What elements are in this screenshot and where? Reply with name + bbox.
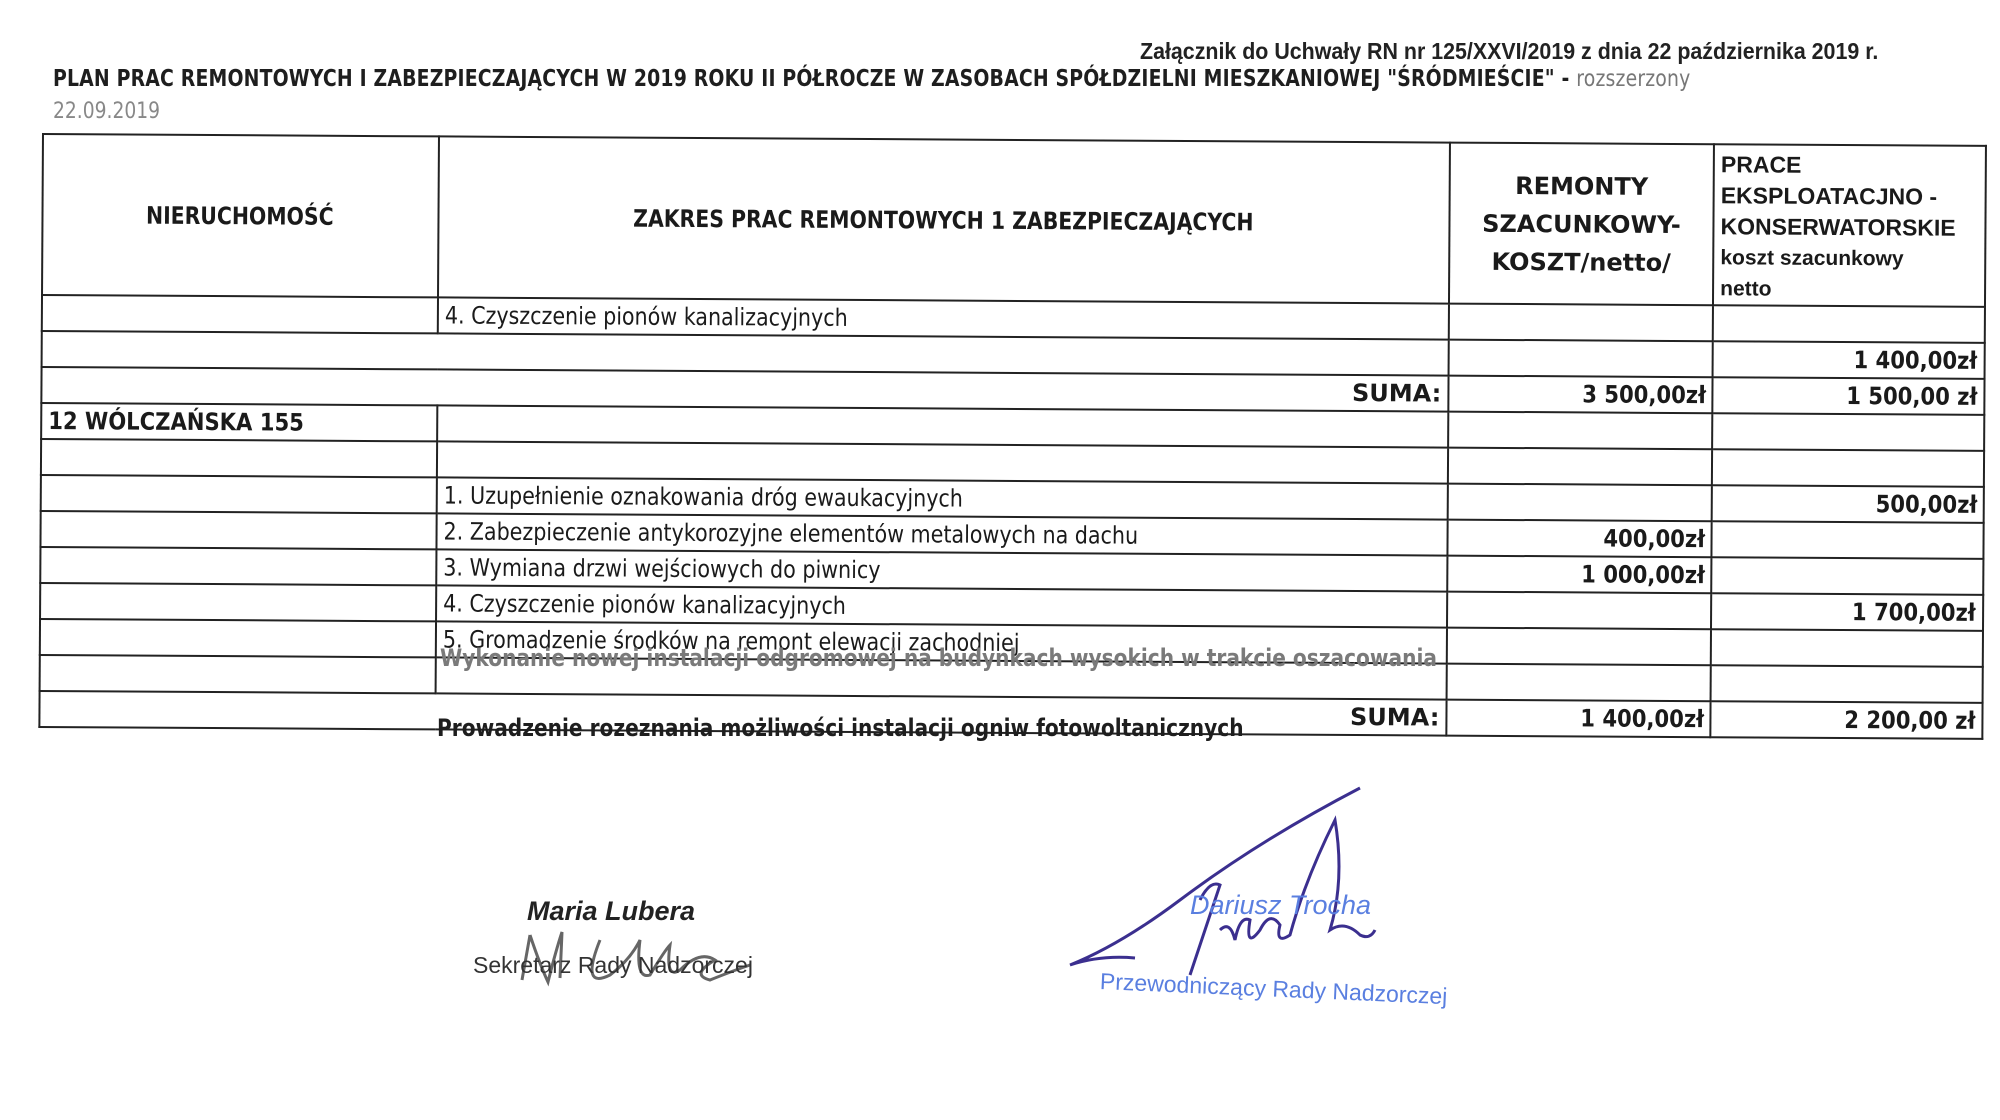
header-repairs: REMONTY SZACUNKOWY- KOSZT/netto/ xyxy=(1449,143,1714,306)
signatory-left-name: Maria Lubera xyxy=(527,896,695,927)
cell-property xyxy=(40,547,436,585)
header-scope: ZAKRES PRAC REMONTOWYCH 1 ZABEZPIECZAJĄC… xyxy=(438,136,1450,303)
cell-repairs xyxy=(1448,412,1712,450)
note-photovoltaic: Prowadzenie rozeznania możliwości instal… xyxy=(437,714,1244,742)
cell-repairs xyxy=(1448,484,1712,522)
cell-task xyxy=(436,441,1448,483)
cell-maintenance xyxy=(1712,521,1984,559)
cell-property xyxy=(40,619,436,657)
cell-maintenance xyxy=(1713,305,1985,343)
signatory-right-role: Przewodniczący Rady Nadzorczej xyxy=(1099,968,1448,1010)
header-property: NIERUCHOMOŚĆ xyxy=(42,134,439,297)
cell-maintenance xyxy=(1712,449,1984,487)
cell-property xyxy=(42,295,438,333)
cell-repairs xyxy=(1446,664,1710,702)
cell-task: 1. Uzupełnienie oznakowania dróg ewaukac… xyxy=(436,477,1448,519)
cell-maintenance: 500,00zł xyxy=(1712,485,1984,523)
cell-property xyxy=(41,475,437,513)
cell-repairs xyxy=(1447,592,1711,630)
cell-maintenance xyxy=(1711,665,1983,703)
cell-repairs xyxy=(1448,340,1712,378)
cell-property: 12 WÓLCZAŃSKA 155 xyxy=(41,403,437,441)
cell-repairs xyxy=(1449,304,1713,342)
table-header-row: NIERUCHOMOŚĆ ZAKRES PRAC REMONTOWYCH 1 Z… xyxy=(42,134,1986,307)
sum-maintenance: 2 200,00 zł xyxy=(1710,701,1982,739)
document-title: PLAN PRAC REMONTOWYCH I ZABEZPIECZAJĄCYC… xyxy=(53,66,1690,92)
cell-task: 3. Wymiana drzwi wejściowych do piwnicy xyxy=(436,549,1448,591)
cell-task: 4. Czyszczenie pionów kanalizacyjnych xyxy=(436,585,1448,627)
cell-repairs: 1 000,00zł xyxy=(1447,556,1711,594)
sum-repairs: 3 500,00zł xyxy=(1448,376,1712,414)
sum-maintenance: 1 500,00 zł xyxy=(1712,377,1984,415)
signatory-right-name: Dariusz Trocha xyxy=(1190,890,1371,921)
cell-maintenance xyxy=(1711,557,1983,595)
cell-property xyxy=(40,583,436,621)
cell-maintenance: 1 700,00zł xyxy=(1711,593,1983,631)
cell-task: 4. Czyszczenie pionów kanalizacyjnych xyxy=(437,297,1449,339)
attachment-note: Załącznik do Uchwały RN nr 125/XXVI/2019… xyxy=(1140,38,1878,65)
title-suffix: rozszerzony xyxy=(1576,66,1690,92)
cell-repairs xyxy=(1448,448,1712,486)
signatory-left-role: Sekretarz Rady Nadzorczej xyxy=(473,952,753,979)
cell-property xyxy=(40,655,436,693)
cell-repairs: 400,00zł xyxy=(1447,520,1711,558)
note-lightning-protection: Wykonanie nowej instalacji odgromowej na… xyxy=(440,644,1437,672)
title-main: PLAN PRAC REMONTOWYCH I ZABEZPIECZAJĄCYC… xyxy=(53,66,1576,92)
cell-task: 2. Zabezpieczenie antykorozyjne elementó… xyxy=(436,513,1448,555)
cell-property xyxy=(40,511,436,549)
cell-maintenance xyxy=(1712,413,1984,451)
cell-task xyxy=(437,405,1449,447)
cell-maintenance xyxy=(1711,629,1983,667)
cell-repairs xyxy=(1447,628,1711,666)
sum-repairs: 1 400,00zł xyxy=(1446,700,1710,738)
cell-maintenance: 1 400,00zł xyxy=(1713,341,1985,379)
header-maintenance: PRACE EKSPLOATACJNO - KONSERWATORSKIE ko… xyxy=(1713,144,1986,307)
document-date: 22.09.2019 xyxy=(53,99,160,124)
cell-property xyxy=(41,439,437,477)
